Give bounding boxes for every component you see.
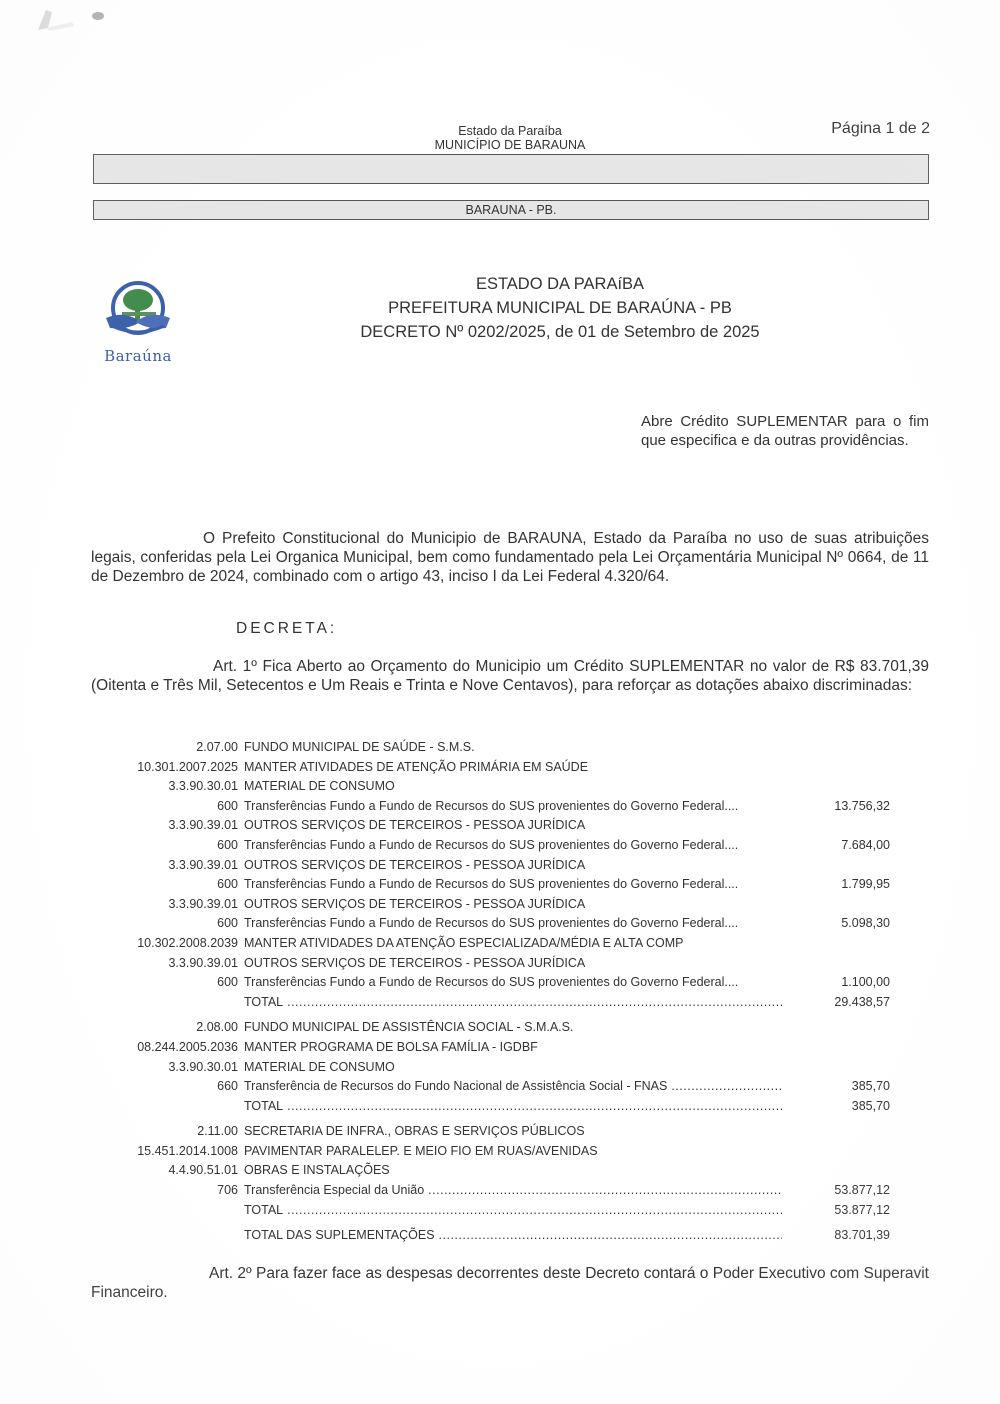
barauna-coat-of-arms-icon <box>98 278 178 342</box>
budget-description: OUTROS SERVIÇOS DE TERCEIROS - PESSOA JU… <box>244 816 585 836</box>
budget-code: 3.3.90.39.01 <box>168 816 238 836</box>
budget-description: OUTROS SERVIÇOS DE TERCEIROS - PESSOA JU… <box>244 856 585 876</box>
title-state: ESTADO DA PARAíBA <box>300 272 820 296</box>
budget-description: MANTER ATIVIDADES DE ATENÇÃO PRIMÁRIA EM… <box>244 758 588 778</box>
budget-description: FUNDO MUNICIPAL DE SAÚDE - S.M.S. <box>244 738 475 758</box>
location-bar: BARAUNA - PB. <box>93 200 929 220</box>
dot-leader: ........................................… <box>424 1183 782 1197</box>
budget-code: 660 <box>217 1077 238 1097</box>
budget-code: 3.3.90.30.01 <box>168 1058 238 1078</box>
budget-description: Transferência Especial da União ........… <box>244 1181 782 1201</box>
budget-row-source: 600Transferências Fundo a Fundo de Recur… <box>0 973 1000 993</box>
budget-description: Transferências Fundo a Fundo de Recursos… <box>244 973 738 993</box>
article-2: Art. 2º Para fazer face as despesas deco… <box>91 1264 929 1302</box>
budget-row-element: 3.3.90.39.01OUTROS SERVIÇOS DE TERCEIROS… <box>0 856 1000 876</box>
budget-code: 600 <box>217 973 238 993</box>
budget-row-element: 3.3.90.39.01OUTROS SERVIÇOS DE TERCEIROS… <box>0 895 1000 915</box>
dot-leader: ........................................… <box>283 1203 782 1217</box>
budget-row-action: 08.244.2005.2036MANTER PROGRAMA DE BOLSA… <box>0 1038 1000 1058</box>
budget-code: 3.3.90.39.01 <box>168 856 238 876</box>
budget-value: 7.684,00 <box>841 836 890 856</box>
budget-row-source: 600Transferências Fundo a Fundo de Recur… <box>0 914 1000 934</box>
budget-value: 385,70 <box>852 1077 890 1097</box>
budget-row-unit: 2.11.00SECRETARIA DE INFRA., OBRAS E SER… <box>0 1122 1000 1142</box>
budget-value: 29.438,57 <box>834 993 890 1013</box>
budget-value: 5.098,30 <box>841 914 890 934</box>
budget-row-element: 3.3.90.39.01OUTROS SERVIÇOS DE TERCEIROS… <box>0 954 1000 974</box>
budget-value: 13.756,32 <box>834 797 890 817</box>
budget-value: 1.100,00 <box>841 973 890 993</box>
budget-description: Transferências Fundo a Fundo de Recursos… <box>244 797 738 817</box>
article-1-text: Art. 1º Fica Aberto ao Orçamento do Muni… <box>91 658 929 694</box>
budget-code: 08.244.2005.2036 <box>137 1038 238 1058</box>
budget-description: Transferências Fundo a Fundo de Recursos… <box>244 836 738 856</box>
budget-description: TOTAL ..................................… <box>244 993 782 1013</box>
budget-description: PAVIMENTAR PARALELEP. E MEIO FIO EM RUAS… <box>244 1142 598 1162</box>
budget-row-source: 600Transferências Fundo a Fundo de Recur… <box>0 875 1000 895</box>
budget-description: MATERIAL DE CONSUMO <box>244 1058 395 1078</box>
budget-description: OUTROS SERVIÇOS DE TERCEIROS - PESSOA JU… <box>244 954 585 974</box>
budget-row-element: 4.4.90.51.01OBRAS E INSTALAÇÕES <box>0 1161 1000 1181</box>
budget-code: 3.3.90.39.01 <box>168 895 238 915</box>
title-decree-number: DECRETO Nº 0202/2025, de 01 de Setembro … <box>300 320 820 344</box>
budget-description: MANTER PROGRAMA DE BOLSA FAMÍLIA - IGDBF <box>244 1038 538 1058</box>
budget-code: 706 <box>217 1181 238 1201</box>
budget-description: TOTAL ..................................… <box>244 1097 782 1117</box>
decree-title-block: ESTADO DA PARAíBA PREFEITURA MUNICIPAL D… <box>300 272 820 344</box>
budget-description: FUNDO MUNICIPAL DE ASSISTÊNCIA SOCIAL - … <box>244 1018 573 1038</box>
budget-row-source: 600Transferências Fundo a Fundo de Recur… <box>0 797 1000 817</box>
budget-value: 83.701,39 <box>834 1226 890 1246</box>
article-1: Art. 1º Fica Aberto ao Orçamento do Muni… <box>91 657 929 695</box>
budget-value: 385,70 <box>852 1097 890 1117</box>
budget-row-element: 3.3.90.39.01OUTROS SERVIÇOS DE TERCEIROS… <box>0 816 1000 836</box>
budget-row-action: 15.451.2014.1008PAVIMENTAR PARALELEP. E … <box>0 1142 1000 1162</box>
budget-code: 4.4.90.51.01 <box>168 1161 238 1181</box>
decree-summary: Abre Crédito SUPLEMENTAR para o fim que … <box>641 412 929 450</box>
scan-smudge <box>22 4 132 36</box>
budget-code: 600 <box>217 914 238 934</box>
budget-code: 3.3.90.30.01 <box>168 777 238 797</box>
budget-value: 53.877,12 <box>834 1201 890 1221</box>
budget-description: SECRETARIA DE INFRA., OBRAS E SERVIÇOS P… <box>244 1122 585 1142</box>
logo-text: Baraúna <box>98 347 178 365</box>
budget-description: OBRAS E INSTALAÇÕES <box>244 1161 390 1181</box>
budget-row-total: TOTAL ..................................… <box>0 993 1000 1013</box>
budget-value: 53.877,12 <box>834 1181 890 1201</box>
budget-description: TOTAL ..................................… <box>244 1201 782 1221</box>
budget-row-element: 3.3.90.30.01MATERIAL DE CONSUMO <box>0 777 1000 797</box>
budget-row-unit: 2.07.00FUNDO MUNICIPAL DE SAÚDE - S.M.S. <box>0 738 1000 758</box>
budget-row-element: 3.3.90.30.01MATERIAL DE CONSUMO <box>0 1058 1000 1078</box>
budget-row-total: TOTAL ..................................… <box>0 1201 1000 1221</box>
budget-row-grand-total: TOTAL DAS SUPLEMENTAÇÕES ...............… <box>0 1226 1000 1246</box>
budget-row-total: TOTAL ..................................… <box>0 1097 1000 1117</box>
budget-code: 10.302.2008.2039 <box>137 934 238 954</box>
budget-description: Transferências Fundo a Fundo de Recursos… <box>244 875 738 895</box>
budget-code: 10.301.2007.2025 <box>137 758 238 778</box>
budget-row-action: 10.302.2008.2039MANTER ATIVIDADES DA ATE… <box>0 934 1000 954</box>
budget-row-unit: 2.08.00FUNDO MUNICIPAL DE ASSISTÊNCIA SO… <box>0 1018 1000 1038</box>
dot-leader: ........................................… <box>667 1079 782 1093</box>
header-municipality: MUNICÍPIO DE BARAUNA <box>300 138 720 152</box>
budget-row-action: 10.301.2007.2025MANTER ATIVIDADES DE ATE… <box>0 758 1000 778</box>
title-prefeitura: PREFEITURA MUNICIPAL DE BARAÚNA - PB <box>300 296 820 320</box>
budget-description: TOTAL DAS SUPLEMENTAÇÕES ...............… <box>244 1226 782 1246</box>
header-state: Estado da Paraíba <box>300 124 720 138</box>
budget-description: OUTROS SERVIÇOS DE TERCEIROS - PESSOA JU… <box>244 895 585 915</box>
budget-value: 1.799,95 <box>841 875 890 895</box>
budget-code: 2.07.00 <box>196 738 238 758</box>
budget-code: 2.08.00 <box>196 1018 238 1038</box>
article-2-text: Art. 2º Para fazer face as despesas deco… <box>91 1265 929 1301</box>
budget-row-source-dotted: 660Transferência de Recursos do Fundo Na… <box>0 1077 1000 1097</box>
budget-code: 600 <box>217 836 238 856</box>
budget-code: 3.3.90.39.01 <box>168 954 238 974</box>
barauna-logo: Baraúna <box>98 278 178 362</box>
page-indicator: Página 1 de 2 <box>831 120 930 138</box>
preamble-text: O Prefeito Constitucional do Municipio d… <box>91 530 929 585</box>
budget-description: MANTER ATIVIDADES DA ATENÇÃO ESPECIALIZA… <box>244 934 683 954</box>
budget-code: 15.451.2014.1008 <box>137 1142 238 1162</box>
budget-description: MATERIAL DE CONSUMO <box>244 777 395 797</box>
dot-leader: ........................................… <box>435 1228 782 1242</box>
budget-code: 600 <box>217 797 238 817</box>
dot-leader: ........................................… <box>283 995 782 1009</box>
dot-leader: ........................................… <box>283 1099 782 1113</box>
budget-description: Transferência de Recursos do Fundo Nacio… <box>244 1077 782 1097</box>
budget-code: 2.11.00 <box>197 1122 238 1142</box>
budget-row-source: 600Transferências Fundo a Fundo de Recur… <box>0 836 1000 856</box>
budget-description: Transferências Fundo a Fundo de Recursos… <box>244 914 738 934</box>
header-gray-bar <box>93 154 929 184</box>
preamble-paragraph: O Prefeito Constitucional do Municipio d… <box>91 529 929 586</box>
budget-row-source-dotted: 706Transferência Especial da União .....… <box>0 1181 1000 1201</box>
budget-allocation-table: 2.07.00FUNDO MUNICIPAL DE SAÚDE - S.M.S.… <box>0 738 1000 1246</box>
budget-code: 600 <box>217 875 238 895</box>
decreta-heading: DECRETA: <box>236 620 337 638</box>
